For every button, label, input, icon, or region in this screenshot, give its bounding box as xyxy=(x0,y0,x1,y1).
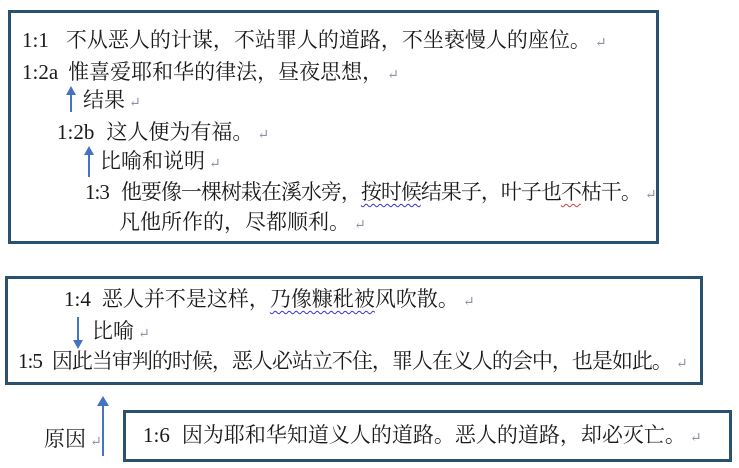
down-arrow-icon xyxy=(71,317,85,349)
spellcheck-squiggle-blue: 按时候 xyxy=(361,180,421,204)
label-metaphor: 比喻↵ xyxy=(92,320,150,346)
tall-up-arrow-icon xyxy=(96,396,110,456)
verse-number: 1:1 xyxy=(22,29,49,51)
verse-line-1-3-continued: 凡他所作的，尽都顺利。↵ xyxy=(119,211,366,237)
paragraph-mark-icon: ↵ xyxy=(129,96,141,111)
paragraph-mark-icon: ↵ xyxy=(463,295,475,310)
paragraph-mark-icon: ↵ xyxy=(387,68,399,83)
verse-text: 凡他所作的，尽都顺利。 xyxy=(119,210,350,234)
verse-number: 1:3 xyxy=(85,181,109,203)
verse-text: 结果子，叶子也 xyxy=(421,180,561,204)
label-metaphor-explanation: 比喻和说明↵ xyxy=(100,150,221,176)
verse-number: 1:6 xyxy=(143,424,170,446)
verse-line-1-2b: 1:2b这人便为有福。↵ xyxy=(57,121,269,147)
verse-text: 枯干。 xyxy=(581,180,641,204)
verse-number: 1:2b xyxy=(57,121,94,143)
verse-number: 1:5 xyxy=(18,350,42,372)
verse-text: 因为耶和华知道义人的道路。恶人的道路，却必灭亡。 xyxy=(182,423,686,447)
label-reason: 原因↵ xyxy=(44,428,102,454)
paragraph-mark-icon: ↵ xyxy=(690,431,702,446)
verse-text: 恶人并不是这样， xyxy=(102,287,270,311)
paragraph-mark-icon: ↵ xyxy=(595,36,607,51)
up-arrow-icon xyxy=(64,86,78,112)
paragraph-mark-icon: ↵ xyxy=(676,357,688,372)
verse-text: 不从恶人的计谋，不站罪人的道路，不坐亵慢人的座位。 xyxy=(66,28,591,52)
verse-text: 他要像一棵树栽在溪水旁， xyxy=(121,180,361,204)
verse-text: 风吹散。 xyxy=(375,287,459,311)
paragraph-mark-icon: ↵ xyxy=(138,327,150,342)
verse-number: 1:4 xyxy=(64,288,91,310)
document-page: 1:1不从恶人的计谋，不站罪人的道路，不坐亵慢人的座位。↵ 1:2a惟喜爱耶和华… xyxy=(0,0,739,468)
label-result: 结果↵ xyxy=(83,89,141,115)
paragraph-mark-icon: ↵ xyxy=(354,218,366,233)
verse-line-1-1: 1:1不从恶人的计谋，不站罪人的道路，不坐亵慢人的座位。↵ xyxy=(22,29,607,55)
verse-line-1-4: 1:4恶人并不是这样，乃像糠秕被风吹散。↵ xyxy=(64,288,475,314)
verse-text: 这人便为有福。 xyxy=(106,120,253,144)
verse-line-1-3: 1:3他要像一棵树栽在溪水旁，按时候结果子，叶子也不枯干。↵ xyxy=(85,181,657,207)
verse-line-1-2a: 1:2a惟喜爱耶和华的律法，昼夜思想，↵ xyxy=(22,61,399,87)
up-arrow-icon xyxy=(82,146,96,177)
paragraph-mark-icon: ↵ xyxy=(209,157,221,172)
verse-text: 因此当审判的时候，恶人必站立不住，罪人在义人的会中，也是如此。 xyxy=(52,349,672,373)
verse-line-1-5: 1:5因此当审判的时候，恶人必站立不住，罪人在义人的会中，也是如此。↵ xyxy=(18,350,688,376)
verse-line-1-6: 1:6因为耶和华知道义人的道路。恶人的道路，却必灭亡。↵ xyxy=(143,424,702,450)
verse-text: 惟喜爱耶和华的律法，昼夜思想， xyxy=(68,60,383,84)
verse-number: 1:2a xyxy=(22,61,58,83)
spellcheck-squiggle-blue: 乃像糠秕被 xyxy=(270,287,375,311)
paragraph-mark-icon: ↵ xyxy=(257,128,269,143)
paragraph-mark-icon: ↵ xyxy=(645,188,657,203)
spellcheck-squiggle-red: 不 xyxy=(561,180,581,204)
